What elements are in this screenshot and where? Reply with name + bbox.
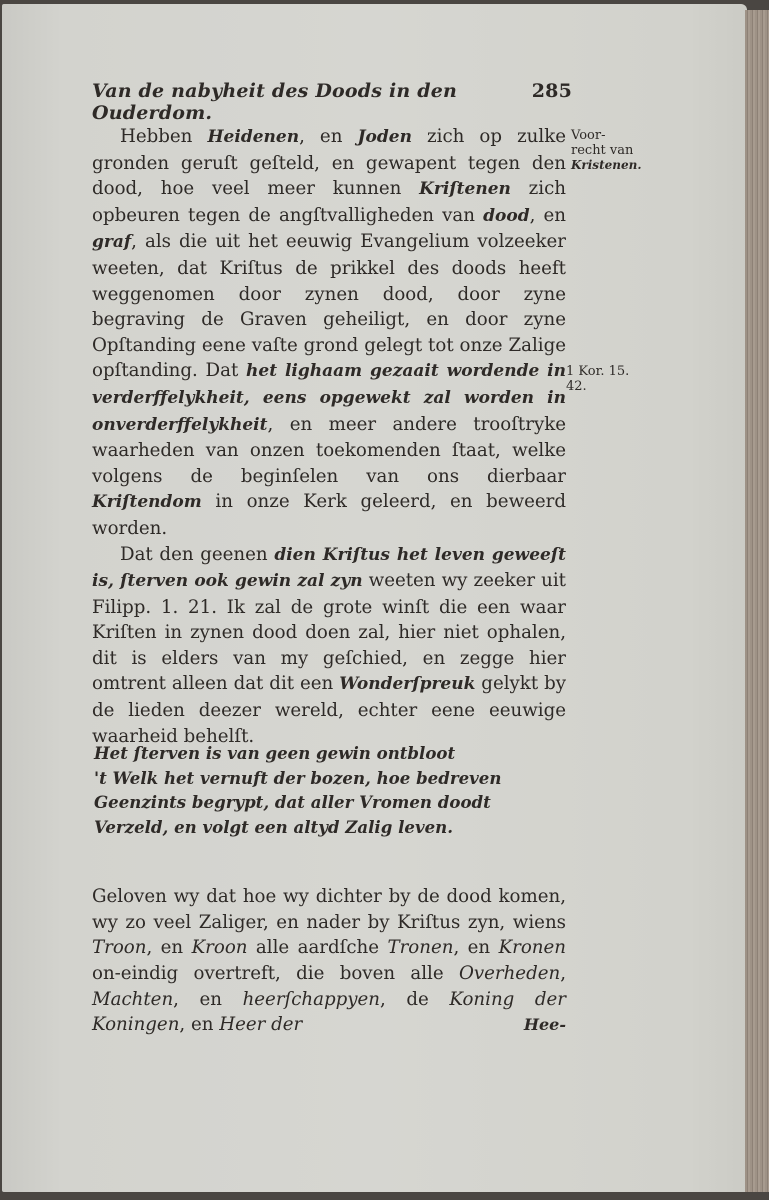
page-number: 285 (532, 80, 572, 124)
margin-note-voorrecht: Voor- recht van Kristenen. (571, 128, 642, 173)
text-run: , en (173, 989, 242, 1010)
margin-note-line: Voor- (571, 128, 642, 143)
italic-run: Wonderſpreuk (339, 674, 475, 694)
italic-run: Troon (92, 937, 146, 958)
verse-block: Het ſterven is van geen gewin ontbloot '… (94, 741, 564, 839)
text-run: on-eindig overtreft, die boven alle (92, 963, 459, 984)
catchword: Hee- (500, 1015, 566, 1034)
text-run: , de (380, 989, 449, 1010)
text-run: , en (299, 126, 357, 147)
verse-line: Geenzints begrypt, dat aller Vromen dood… (94, 790, 564, 815)
text-run: , en (530, 205, 566, 226)
running-head-title: Van de nabyheit des Doods in den Ouderdo… (92, 80, 532, 124)
text-run: alle aardſche (248, 937, 388, 958)
body-text: Hebben Heidenen, en Joden zich op zulke … (92, 124, 566, 749)
italic-run: Joden (358, 127, 412, 147)
text-run: , en (453, 937, 498, 958)
italic-run: graf (92, 232, 131, 252)
page-fore-edge (745, 10, 769, 1192)
text-run: , en (179, 1014, 219, 1035)
italic-run: heerſchappyen (243, 989, 380, 1010)
italic-run: Overheden (459, 963, 560, 984)
italic-run: dood (483, 206, 529, 226)
paragraph-3: Geloven wy dat hoe wy dichter by de dood… (92, 884, 566, 1038)
text-run: Hebben (120, 126, 207, 147)
italic-run: Kriſtendom (92, 492, 202, 512)
italic-run: Heidenen (207, 127, 299, 147)
paragraph-1: Hebben Heidenen, en Joden zich op zulke … (92, 124, 566, 542)
italic-run: Kroon (192, 937, 248, 958)
text-run: , als die uit het eeuwig Evangelium volz… (92, 231, 566, 381)
text-run: Geloven wy dat hoe wy dichter by de dood… (92, 886, 566, 933)
paragraph-2: Dat den geenen dien Kriſtus het leven ge… (92, 542, 566, 750)
text-run: , (560, 963, 566, 984)
margin-note-line: Kristenen. (571, 158, 642, 173)
margin-note-line: 1 Kor. 15. (566, 364, 629, 379)
italic-run: Kronen (499, 937, 566, 958)
margin-note-reference: 1 Kor. 15. 42. (566, 364, 629, 394)
text-run: , en (146, 937, 191, 958)
italic-run: Heer der (219, 1014, 302, 1035)
margin-note-line: 42. (566, 379, 629, 394)
verse-line: Het ſterven is van geen gewin ontbloot (94, 741, 564, 766)
text-run: Dat den geenen (120, 544, 274, 565)
margin-note-line: recht van (571, 143, 642, 158)
running-head: Van de nabyheit des Doods in den Ouderdo… (92, 80, 572, 124)
verse-line: Verzeld, en volgt een altyd Zalig leven. (94, 815, 564, 840)
body-text-continued: Geloven wy dat hoe wy dichter by de dood… (92, 866, 566, 1056)
italic-run: Machten (92, 989, 173, 1010)
italic-run: Tronen (387, 937, 453, 958)
verse-line: 't Welk het vernuft der bozen, hoe bedre… (94, 766, 564, 791)
italic-run: Kriſtenen (419, 179, 511, 199)
